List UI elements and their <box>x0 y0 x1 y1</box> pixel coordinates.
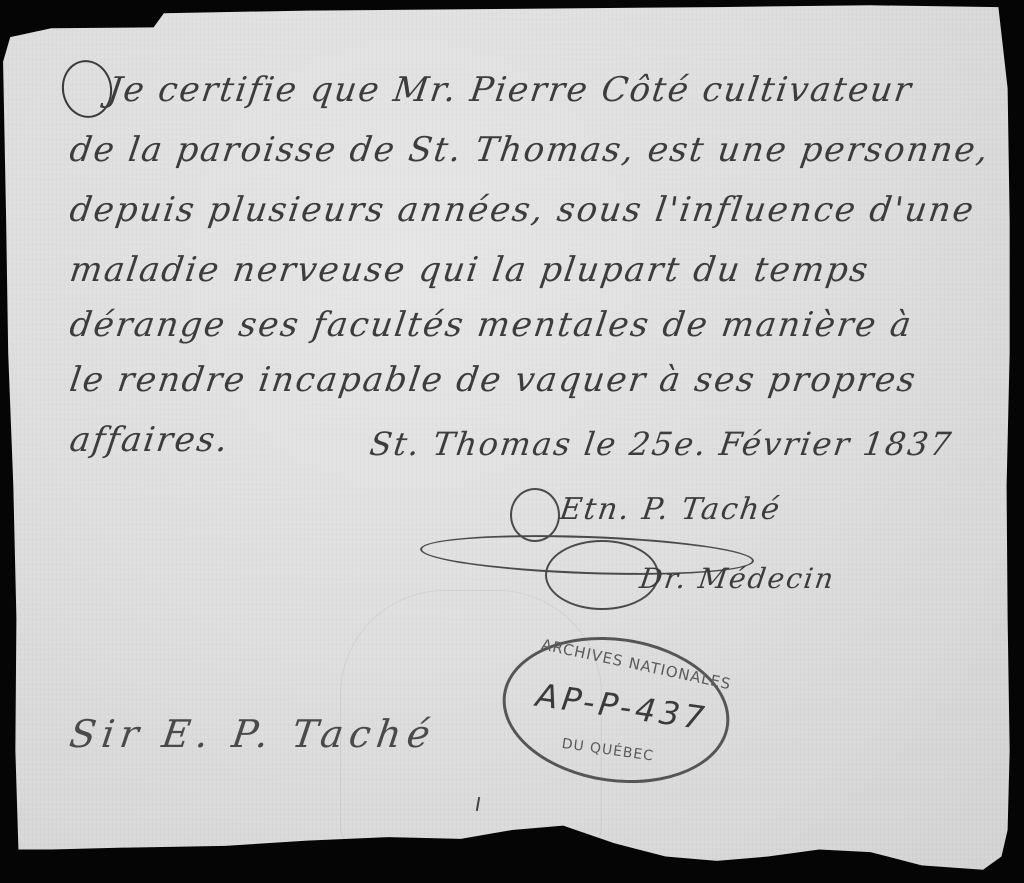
dateline: St. Thomas le 25e. Février 1837 <box>367 425 955 463</box>
body-line-5: dérange ses facultés mentales de manière… <box>67 305 915 345</box>
margin-note: Sir E. P. Taché <box>67 712 439 756</box>
dateline-place: St. Thomas <box>367 425 575 463</box>
dateline-date: le 25e. Février 1837 <box>582 425 956 463</box>
body-line-3: depuis plusieurs années, sous l'influenc… <box>67 190 977 230</box>
body-line-1: Je certifie que Mr. Pierre Côté cultivat… <box>105 70 915 110</box>
signature-name: Etn. P. Taché <box>558 492 784 527</box>
signature-title: Dr. Médecin <box>638 562 838 595</box>
document-paper: Je certifie que Mr. Pierre Côté cultivat… <box>0 0 1024 883</box>
body-line-4: maladie nerveuse qui la plupart du temps <box>67 250 872 290</box>
signature-loop-icon <box>510 488 560 542</box>
body-line-6: le rendre incapable de vaquer à ses prop… <box>67 360 919 400</box>
body-line-2: de la paroisse de St. Thomas, est une pe… <box>67 130 992 170</box>
body-line-7: affaires. <box>67 420 232 460</box>
stamp-code: AP-P-437 <box>534 676 711 738</box>
stamp-bottom-text: DU QUÉBEC <box>561 736 655 765</box>
